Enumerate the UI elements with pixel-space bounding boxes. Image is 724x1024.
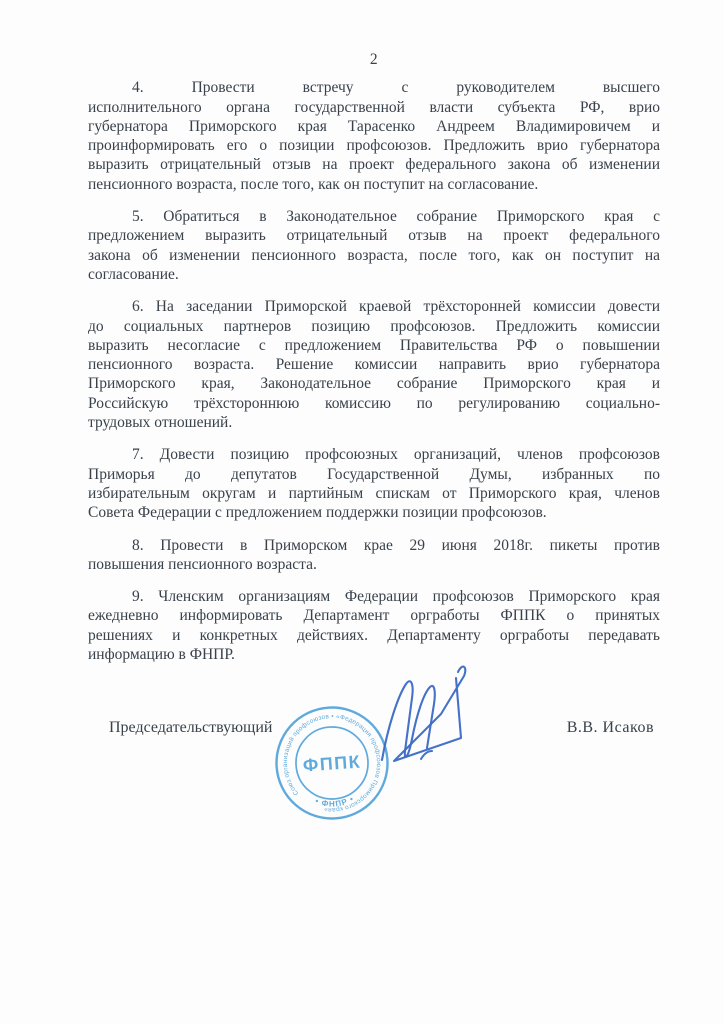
paragraph-line: пенсионного возраста. Решение комиссии н…: [88, 355, 660, 374]
paragraph: 8. Провести в Приморском крае 29 июня 20…: [88, 536, 660, 575]
stamp-center-text: ФППК: [302, 751, 361, 775]
paragraph-line: до социальных партнеров позицию профсоюз…: [88, 317, 660, 336]
signatory-role: Председательствующий: [88, 718, 272, 737]
document-body: 4. Провести встречу с руководителем высш…: [88, 78, 660, 664]
paragraph-line: согласование.: [88, 265, 660, 284]
paragraph-line: предложением выразить отрицательный отзы…: [88, 226, 660, 245]
stamp-ring-bottom-text: • ФНПР •: [313, 794, 356, 810]
paragraph-line: выразить несогласие с предложением Прави…: [88, 336, 660, 355]
paragraph-line: 9. Членским организациям Федерации профс…: [88, 587, 660, 606]
paragraph-line: закона об изменении пенсионного возраста…: [88, 246, 660, 265]
paragraph-line: 7. Довести позицию профсоюзных организац…: [88, 445, 660, 464]
paragraph: 5. Обратиться в Законодательное собрание…: [88, 207, 660, 284]
paragraph-line: 5. Обратиться в Законодательное собрание…: [88, 207, 660, 226]
paragraph-line: проинформировать его о позиции профсоюзо…: [88, 136, 660, 155]
paragraph-line: губернатора Приморского края Тарасенко А…: [88, 117, 660, 136]
paragraph: 9. Членским организациям Федерации профс…: [88, 587, 660, 664]
paragraph-line: решениях и конкретных действиях. Департа…: [88, 626, 660, 645]
paragraph-line: повышения пенсионного возраста.: [88, 555, 660, 574]
paragraph-line: 8. Провести в Приморском крае 29 июня 20…: [88, 536, 660, 555]
signature-row: Председательствующий В.В. Исаков: [88, 718, 660, 737]
page-number: 2: [88, 50, 660, 69]
paragraph-line: пенсионного возраста, после того, как он…: [88, 175, 660, 194]
paragraph-line: Приморского края, Законодательное собран…: [88, 374, 660, 393]
paragraph-line: Российскую трёхстороннюю комиссию по рег…: [88, 394, 660, 413]
paragraph-line: информацию в ФНПР.: [88, 645, 660, 664]
document-page: 2 4. Провести встречу с руководителем вы…: [0, 0, 724, 1024]
paragraph-line: 6. На заседании Приморской краевой трёхс…: [88, 297, 660, 316]
paragraph-line: исполнительного органа государственной в…: [88, 98, 660, 117]
paragraph-line: ежедневно информировать Департамент оргр…: [88, 606, 660, 625]
signatory-name: В.В. Исаков: [567, 718, 660, 737]
paragraph-line: избирательным округам и партийным списка…: [88, 484, 660, 503]
paragraph-line: выразить отрицательный отзыв на проект ф…: [88, 155, 660, 174]
paragraph: 4. Провести встречу с руководителем высш…: [88, 78, 660, 194]
paragraph-line: трудовых отношений.: [88, 413, 660, 432]
paragraph: 7. Довести позицию профсоюзных организац…: [88, 445, 660, 522]
paragraph: 6. На заседании Приморской краевой трёхс…: [88, 297, 660, 432]
paragraph-line: Приморья до депутатов Государственной Ду…: [88, 465, 660, 484]
document-text-block: 2 4. Провести встречу с руководителем вы…: [88, 50, 660, 738]
paragraph-line: 4. Провести встречу с руководителем высш…: [88, 78, 660, 97]
paragraph-line: Совета Федерации с предложением поддержк…: [88, 503, 660, 522]
